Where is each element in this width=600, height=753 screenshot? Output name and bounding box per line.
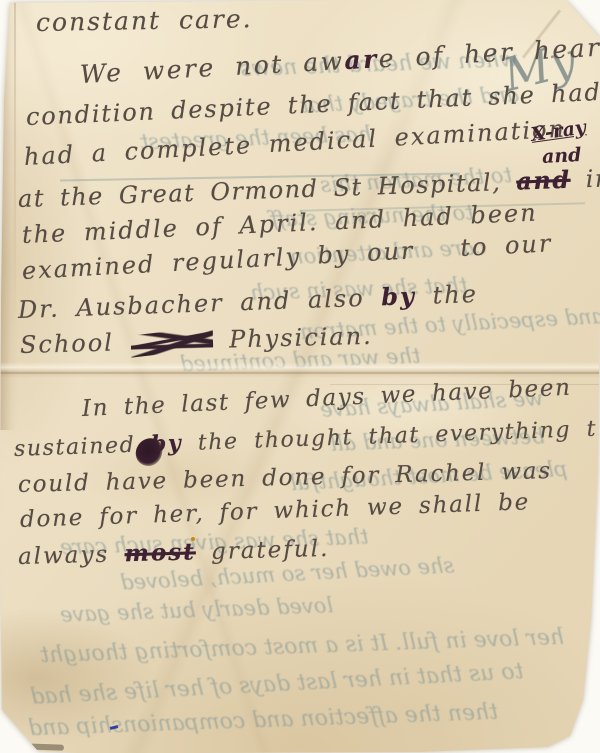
- horizontal-fold-crease: [0, 362, 600, 378]
- handwriting-segment: in: [570, 164, 600, 193]
- orange-fleck: [191, 537, 195, 541]
- vertical-crease: [14, 0, 16, 360]
- bottom-left-smudge: [22, 743, 64, 750]
- inserted-word-and: and: [541, 144, 582, 168]
- handwriting-segment: and: [516, 165, 571, 196]
- fold-crease-line: [0, 372, 600, 374]
- handwriting-segment: grateful.: [195, 536, 329, 565]
- handwriting-segment: by: [381, 281, 417, 311]
- handwriting-segment: Physician.: [212, 322, 373, 354]
- handwriting-segment: sustained: [14, 432, 152, 462]
- handwriting-segment: [415, 256, 461, 258]
- handwriting-segment: always: [18, 541, 125, 570]
- handwriting-segment: We were not aw: [79, 46, 345, 89]
- handwriting-segment: to our: [460, 229, 553, 262]
- scanned-page: when we heard the newsand the tragedy th…: [0, 0, 600, 753]
- handwriting-line: sustained by the thought that everything…: [14, 414, 600, 462]
- paper-sheet: when we heard the newsand the tragedy th…: [0, 0, 600, 753]
- bleedthrough-line: loved dearly but she gave: [60, 593, 334, 627]
- handwriting-line: constant care.: [36, 4, 253, 37]
- handwriting-segment: ar: [344, 44, 380, 75]
- scribbled-out-word: [130, 326, 212, 357]
- handwriting-segment: School: [20, 328, 131, 359]
- handwriting-segment: the: [415, 280, 478, 310]
- handwriting-segment: most: [124, 538, 196, 567]
- handwriting-segment: constant care.: [36, 4, 253, 37]
